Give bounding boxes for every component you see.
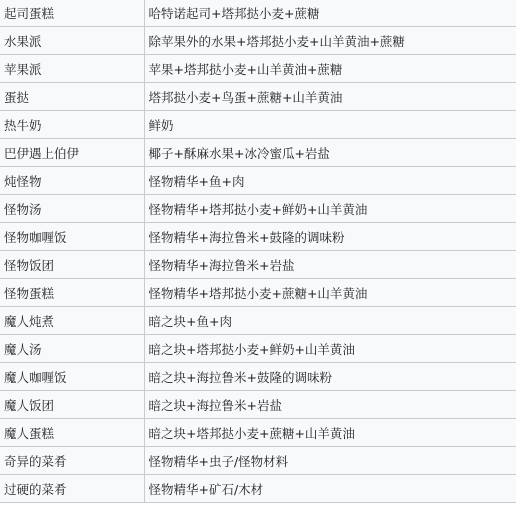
table-row: 魔人汤 暗之块+塔邦挞小麦+鲜奶+山羊黄油: [0, 335, 516, 363]
table-row: 水果派 除苹果外的水果+塔邦挞小麦+山羊黄油+蔗糖: [0, 27, 516, 55]
ingredients-cell: 暗之块+海拉鲁米+岩盐: [144, 391, 516, 419]
table-row: 怪物咖喱饭 怪物精华+海拉鲁米+鼓隆的调味粉: [0, 223, 516, 251]
table-row: 魔人蛋糕 暗之块+塔邦挞小麦+蔗糖+山羊黄油: [0, 419, 516, 447]
dish-name-cell: 魔人咖喱饭: [0, 363, 144, 391]
table-row: 起司蛋糕 哈特诺起司+塔邦挞小麦+蔗糖: [0, 0, 516, 27]
ingredients-cell: 哈特诺起司+塔邦挞小麦+蔗糖: [144, 0, 516, 27]
recipe-table-body: 起司蛋糕 哈特诺起司+塔邦挞小麦+蔗糖 水果派 除苹果外的水果+塔邦挞小麦+山羊…: [0, 0, 516, 503]
dish-name-cell: 奇异的菜肴: [0, 447, 144, 475]
table-row: 巴伊遇上伯伊 椰子+酥麻水果+冰冷蜜瓜+岩盐: [0, 139, 516, 167]
ingredients-cell: 暗之块+鱼+肉: [144, 307, 516, 335]
dish-name-cell: 怪物饭团: [0, 251, 144, 279]
ingredients-cell: 怪物精华+鱼+肉: [144, 167, 516, 195]
ingredients-cell: 苹果+塔邦挞小麦+山羊黄油+蔗糖: [144, 55, 516, 83]
table-row: 热牛奶 鲜奶: [0, 111, 516, 139]
ingredients-cell: 鲜奶: [144, 111, 516, 139]
ingredients-cell: 暗之块+海拉鲁米+鼓隆的调味粉: [144, 363, 516, 391]
ingredients-cell: 怪物精华+海拉鲁米+岩盐: [144, 251, 516, 279]
ingredients-cell: 椰子+酥麻水果+冰冷蜜瓜+岩盐: [144, 139, 516, 167]
ingredients-cell: 怪物精华+塔邦挞小麦+蔗糖+山羊黄油: [144, 279, 516, 307]
table-row: 炖怪物 怪物精华+鱼+肉: [0, 167, 516, 195]
dish-name-cell: 苹果派: [0, 55, 144, 83]
table-row: 魔人咖喱饭 暗之块+海拉鲁米+鼓隆的调味粉: [0, 363, 516, 391]
ingredients-cell: 塔邦挞小麦+鸟蛋+蔗糖+山羊黄油: [144, 83, 516, 111]
ingredients-cell: 怪物精华+海拉鲁米+鼓隆的调味粉: [144, 223, 516, 251]
dish-name-cell: 炖怪物: [0, 167, 144, 195]
ingredients-cell: 怪物精华+矿石/木材: [144, 475, 516, 503]
table-row: 魔人饭团 暗之块+海拉鲁米+岩盐: [0, 391, 516, 419]
ingredients-cell: 除苹果外的水果+塔邦挞小麦+山羊黄油+蔗糖: [144, 27, 516, 55]
ingredients-cell: 暗之块+塔邦挞小麦+蔗糖+山羊黄油: [144, 419, 516, 447]
table-row: 怪物汤 怪物精华+塔邦挞小麦+鲜奶+山羊黄油: [0, 195, 516, 223]
ingredients-cell: 怪物精华+塔邦挞小麦+鲜奶+山羊黄油: [144, 195, 516, 223]
dish-name-cell: 魔人炖煮: [0, 307, 144, 335]
table-row: 怪物蛋糕 怪物精华+塔邦挞小麦+蔗糖+山羊黄油: [0, 279, 516, 307]
dish-name-cell: 怪物蛋糕: [0, 279, 144, 307]
recipe-table: 起司蛋糕 哈特诺起司+塔邦挞小麦+蔗糖 水果派 除苹果外的水果+塔邦挞小麦+山羊…: [0, 0, 516, 503]
dish-name-cell: 怪物咖喱饭: [0, 223, 144, 251]
dish-name-cell: 水果派: [0, 27, 144, 55]
dish-name-cell: 魔人饭团: [0, 391, 144, 419]
dish-name-cell: 起司蛋糕: [0, 0, 144, 27]
dish-name-cell: 魔人汤: [0, 335, 144, 363]
dish-name-cell: 巴伊遇上伯伊: [0, 139, 144, 167]
dish-name-cell: 过硬的菜肴: [0, 475, 144, 503]
table-row: 苹果派 苹果+塔邦挞小麦+山羊黄油+蔗糖: [0, 55, 516, 83]
table-row: 怪物饭团 怪物精华+海拉鲁米+岩盐: [0, 251, 516, 279]
dish-name-cell: 热牛奶: [0, 111, 144, 139]
dish-name-cell: 魔人蛋糕: [0, 419, 144, 447]
dish-name-cell: 蛋挞: [0, 83, 144, 111]
table-row: 魔人炖煮 暗之块+鱼+肉: [0, 307, 516, 335]
dish-name-cell: 怪物汤: [0, 195, 144, 223]
table-row: 过硬的菜肴 怪物精华+矿石/木材: [0, 475, 516, 503]
table-row: 奇异的菜肴 怪物精华+虫子/怪物材料: [0, 447, 516, 475]
ingredients-cell: 怪物精华+虫子/怪物材料: [144, 447, 516, 475]
ingredients-cell: 暗之块+塔邦挞小麦+鲜奶+山羊黄油: [144, 335, 516, 363]
table-row: 蛋挞 塔邦挞小麦+鸟蛋+蔗糖+山羊黄油: [0, 83, 516, 111]
